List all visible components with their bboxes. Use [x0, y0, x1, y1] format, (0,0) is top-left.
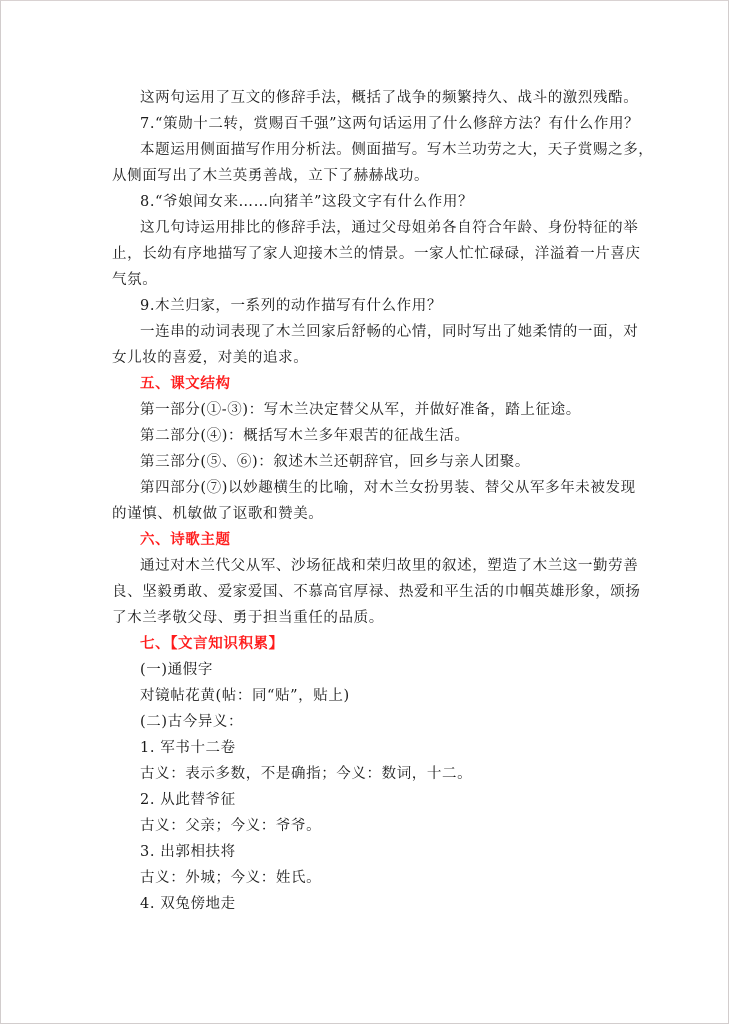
paragraph-line: 一连串的动词表现了木兰回家后舒畅的心情，同时写出了她柔情的一面，对: [112, 319, 622, 345]
structure-part-1: 第一部分(①-③)：写木兰决定替父从军，并做好准备，踏上征途。: [112, 397, 622, 423]
paragraph-line: 本题运用侧面描写作用分析法。侧面描写。写木兰功劳之大，天子赏赐之多，: [112, 137, 622, 163]
paragraph-line: 良、坚毅勇敢、爱家爱国、不慕高官厚禄、热爱和平生活的巾帼英雄形象，颂扬: [112, 579, 622, 605]
paragraph-line: 古义：外城；今义：姓氏。: [112, 865, 622, 891]
paragraph-line: 了木兰孝敬父母、勇于担当重任的品质。: [112, 605, 622, 631]
list-item: 4. 双兔傍地走: [112, 891, 622, 917]
paragraph-line: 这几句诗运用排比的修辞手法，通过父母姐弟各自符合年龄、身份特征的举: [112, 215, 622, 241]
section-heading-classical-knowledge: 七、【文言知识积累】: [112, 631, 622, 657]
structure-part-4: 第四部分(⑦)以妙趣横生的比喻，对木兰女扮男装、替父从军多年未被发现: [112, 475, 622, 501]
paragraph-line: 女儿妆的喜爱，对美的追求。: [112, 345, 622, 371]
document-page: 这两句运用了互文的修辞手法，概括了战争的频繁持久、战斗的激烈残酷。 7.“策勋十…: [0, 0, 729, 1024]
paragraph-line: 古义：表示多数，不是确指；今义：数词，十二。: [112, 761, 622, 787]
paragraph-line: 对镜帖花黄(帖：同“贴”，贴上): [112, 683, 622, 709]
document-body: 这两句运用了互文的修辞手法，概括了战争的频繁持久、战斗的激烈残酷。 7.“策勋十…: [112, 85, 622, 917]
paragraph-line: 古义：父亲；今义：爷爷。: [112, 813, 622, 839]
question-9: 9.木兰归家，一系列的动作描写有什么作用？: [112, 293, 622, 319]
section-heading-structure: 五、课文结构: [112, 371, 622, 397]
paragraph-line: 这两句运用了互文的修辞手法，概括了战争的频繁持久、战斗的激烈残酷。: [112, 85, 622, 111]
question-7: 7.“策勋十二转，赏赐百千强”这两句话运用了什么修辞方法？有什么作用？: [112, 111, 622, 137]
question-8: 8.“爷娘闻女来……向猪羊”这段文字有什么作用？: [112, 189, 622, 215]
structure-part-3: 第三部分(⑤、⑥)：叙述木兰还朝辞官，回乡与亲人团聚。: [112, 449, 622, 475]
subheading-gujinyiyi: (二)古今异义：: [112, 709, 622, 735]
paragraph-line: 气氛。: [112, 267, 622, 293]
list-item: 1. 军书十二卷: [112, 735, 622, 761]
subheading-tongjiazi: (一)通假字: [112, 657, 622, 683]
paragraph-line: 通过对木兰代父从军、沙场征战和荣归故里的叙述，塑造了木兰这一勤劳善: [112, 553, 622, 579]
paragraph-line: 的谨慎、机敏做了讴歌和赞美。: [112, 501, 622, 527]
list-item: 3. 出郭相扶将: [112, 839, 622, 865]
structure-part-2: 第二部分(④)：概括写木兰多年艰苦的征战生活。: [112, 423, 622, 449]
section-heading-theme: 六、诗歌主题: [112, 527, 622, 553]
list-item: 2. 从此替爷征: [112, 787, 622, 813]
paragraph-line: 从侧面写出了木兰英勇善战，立下了赫赫战功。: [112, 163, 622, 189]
paragraph-line: 止，长幼有序地描写了家人迎接木兰的情景。一家人忙忙碌碌，洋溢着一片喜庆: [112, 241, 622, 267]
